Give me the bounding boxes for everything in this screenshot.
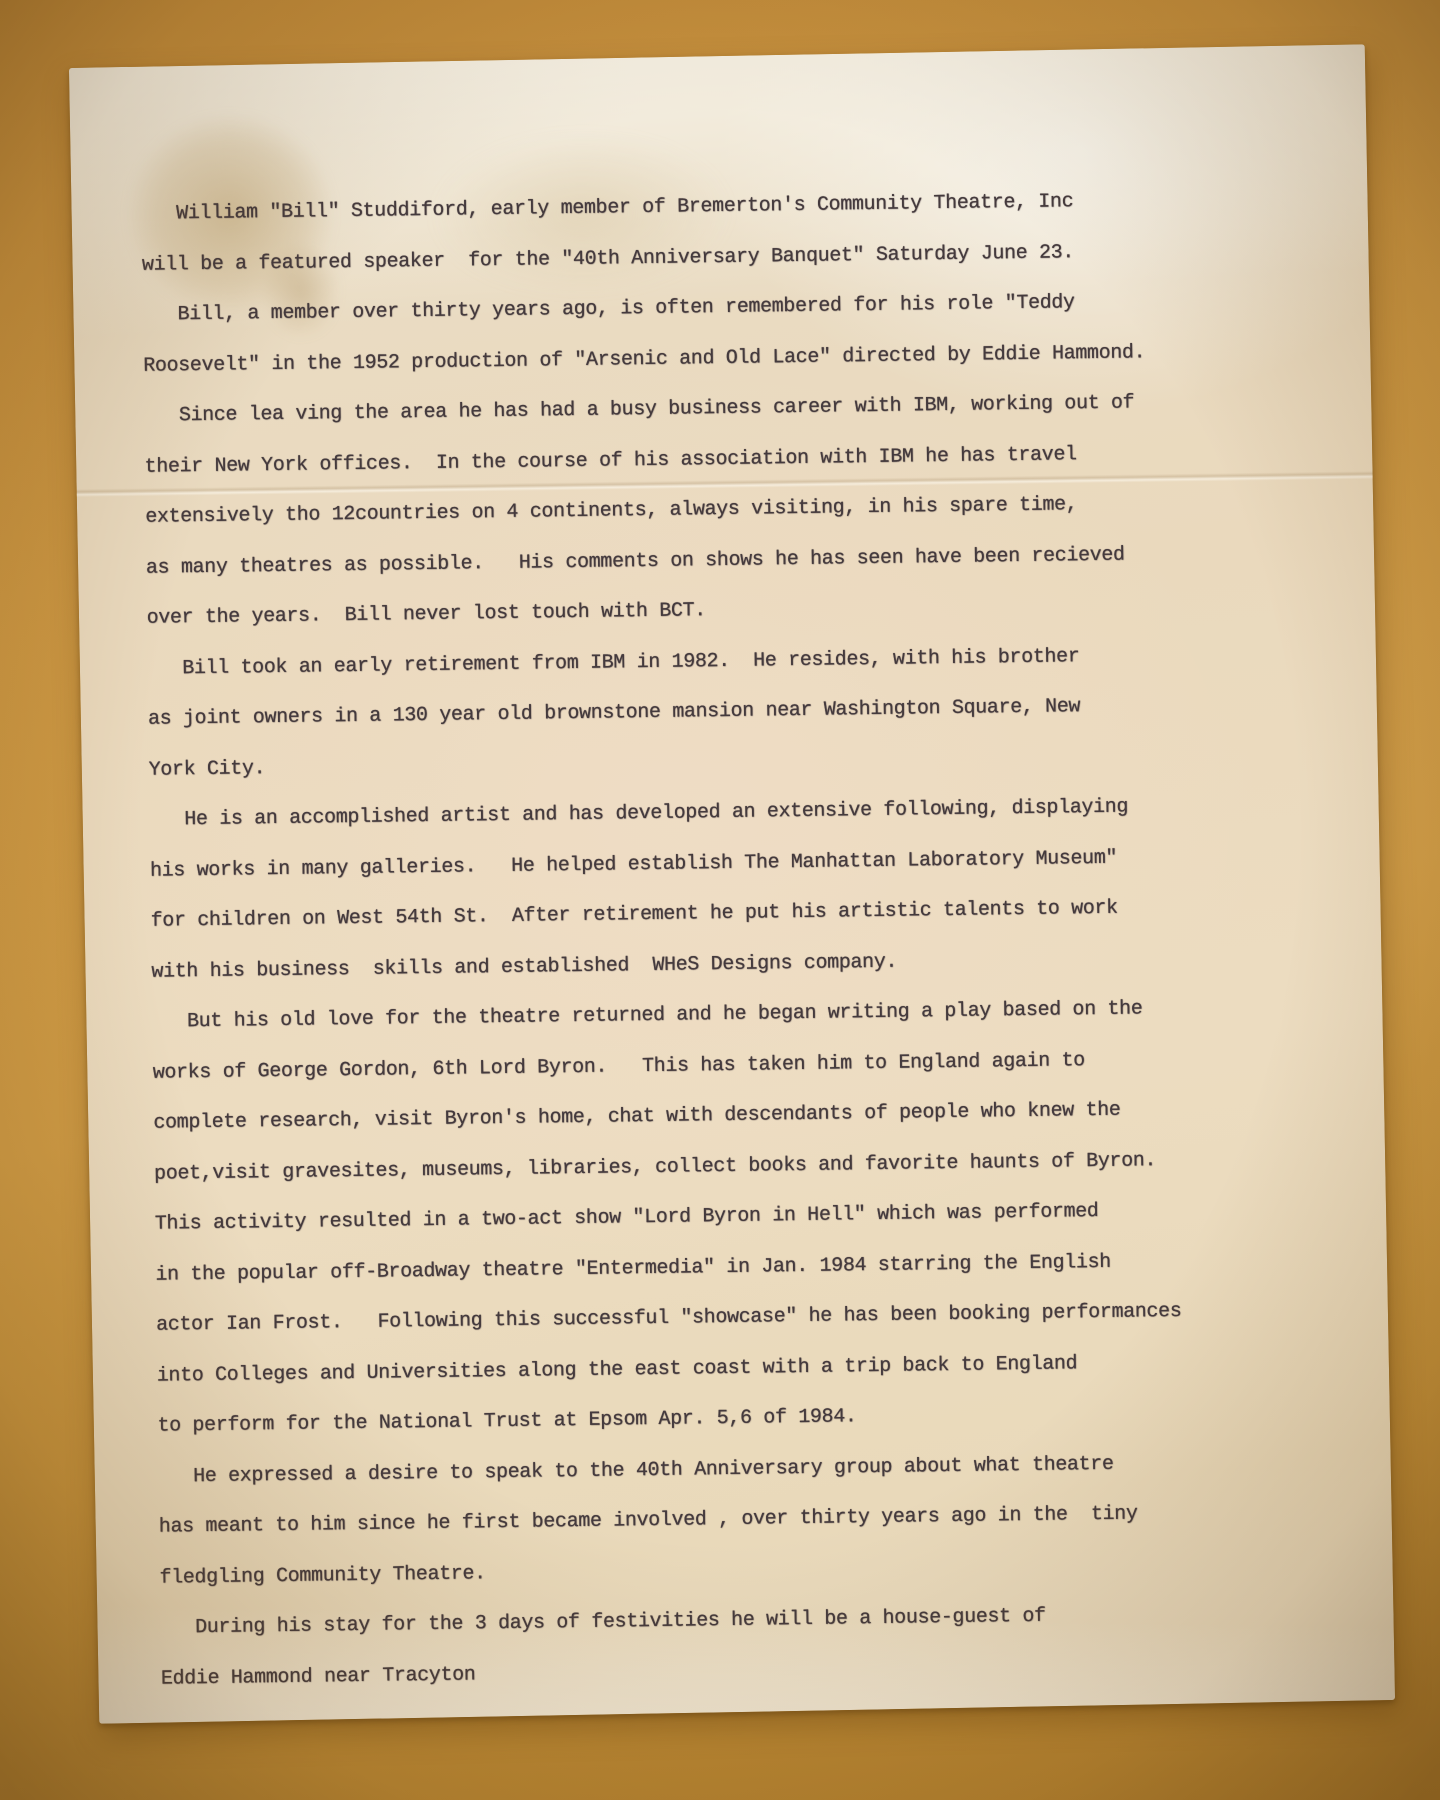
document-text: William "Bill" Studdiford, early member … <box>141 174 1361 1705</box>
photo-background: William "Bill" Studdiford, early member … <box>0 0 1440 1800</box>
paper-document: William "Bill" Studdiford, early member … <box>69 44 1395 1723</box>
